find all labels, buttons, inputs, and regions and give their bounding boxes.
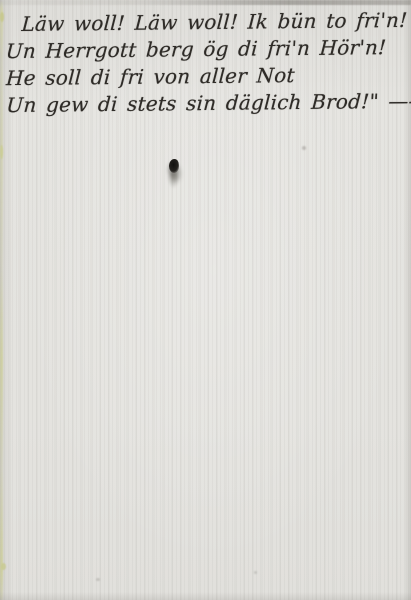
- ink-blot: [169, 159, 179, 173]
- verse-line-1: Läw woll! Läw woll! Ik bün to fri'n! —: [5, 7, 409, 38]
- scan-edge-top: [0, 0, 411, 5]
- paper-speck-olive-middle: [0, 145, 3, 159]
- verse-line-3: He soll di fri von aller Not: [5, 61, 409, 92]
- paper-speck-gray-1: [302, 146, 306, 150]
- paper-speck-olive-top: [0, 12, 4, 22]
- paper-speck-gray-2: [96, 578, 100, 581]
- scan-edge-bottom: [0, 592, 411, 600]
- scan-edge-left-tint: [0, 0, 3, 600]
- ink-smudge: [168, 172, 179, 188]
- paper-speck-olive-bottom: [1, 563, 6, 570]
- verse-line-4: Un gew di stets sin däglich Brod!" ——: [6, 88, 410, 119]
- handwritten-verse: Läw woll! Läw woll! Ik bün to fri'n! — U…: [5, 7, 408, 119]
- manuscript-page: Läw woll! Läw woll! Ik bün to fri'n! — U…: [0, 0, 411, 600]
- verse-line-2: Un Herrgott berg ög di fri'n Hör'n!: [5, 34, 409, 65]
- paper-speck-gray-3: [254, 571, 257, 574]
